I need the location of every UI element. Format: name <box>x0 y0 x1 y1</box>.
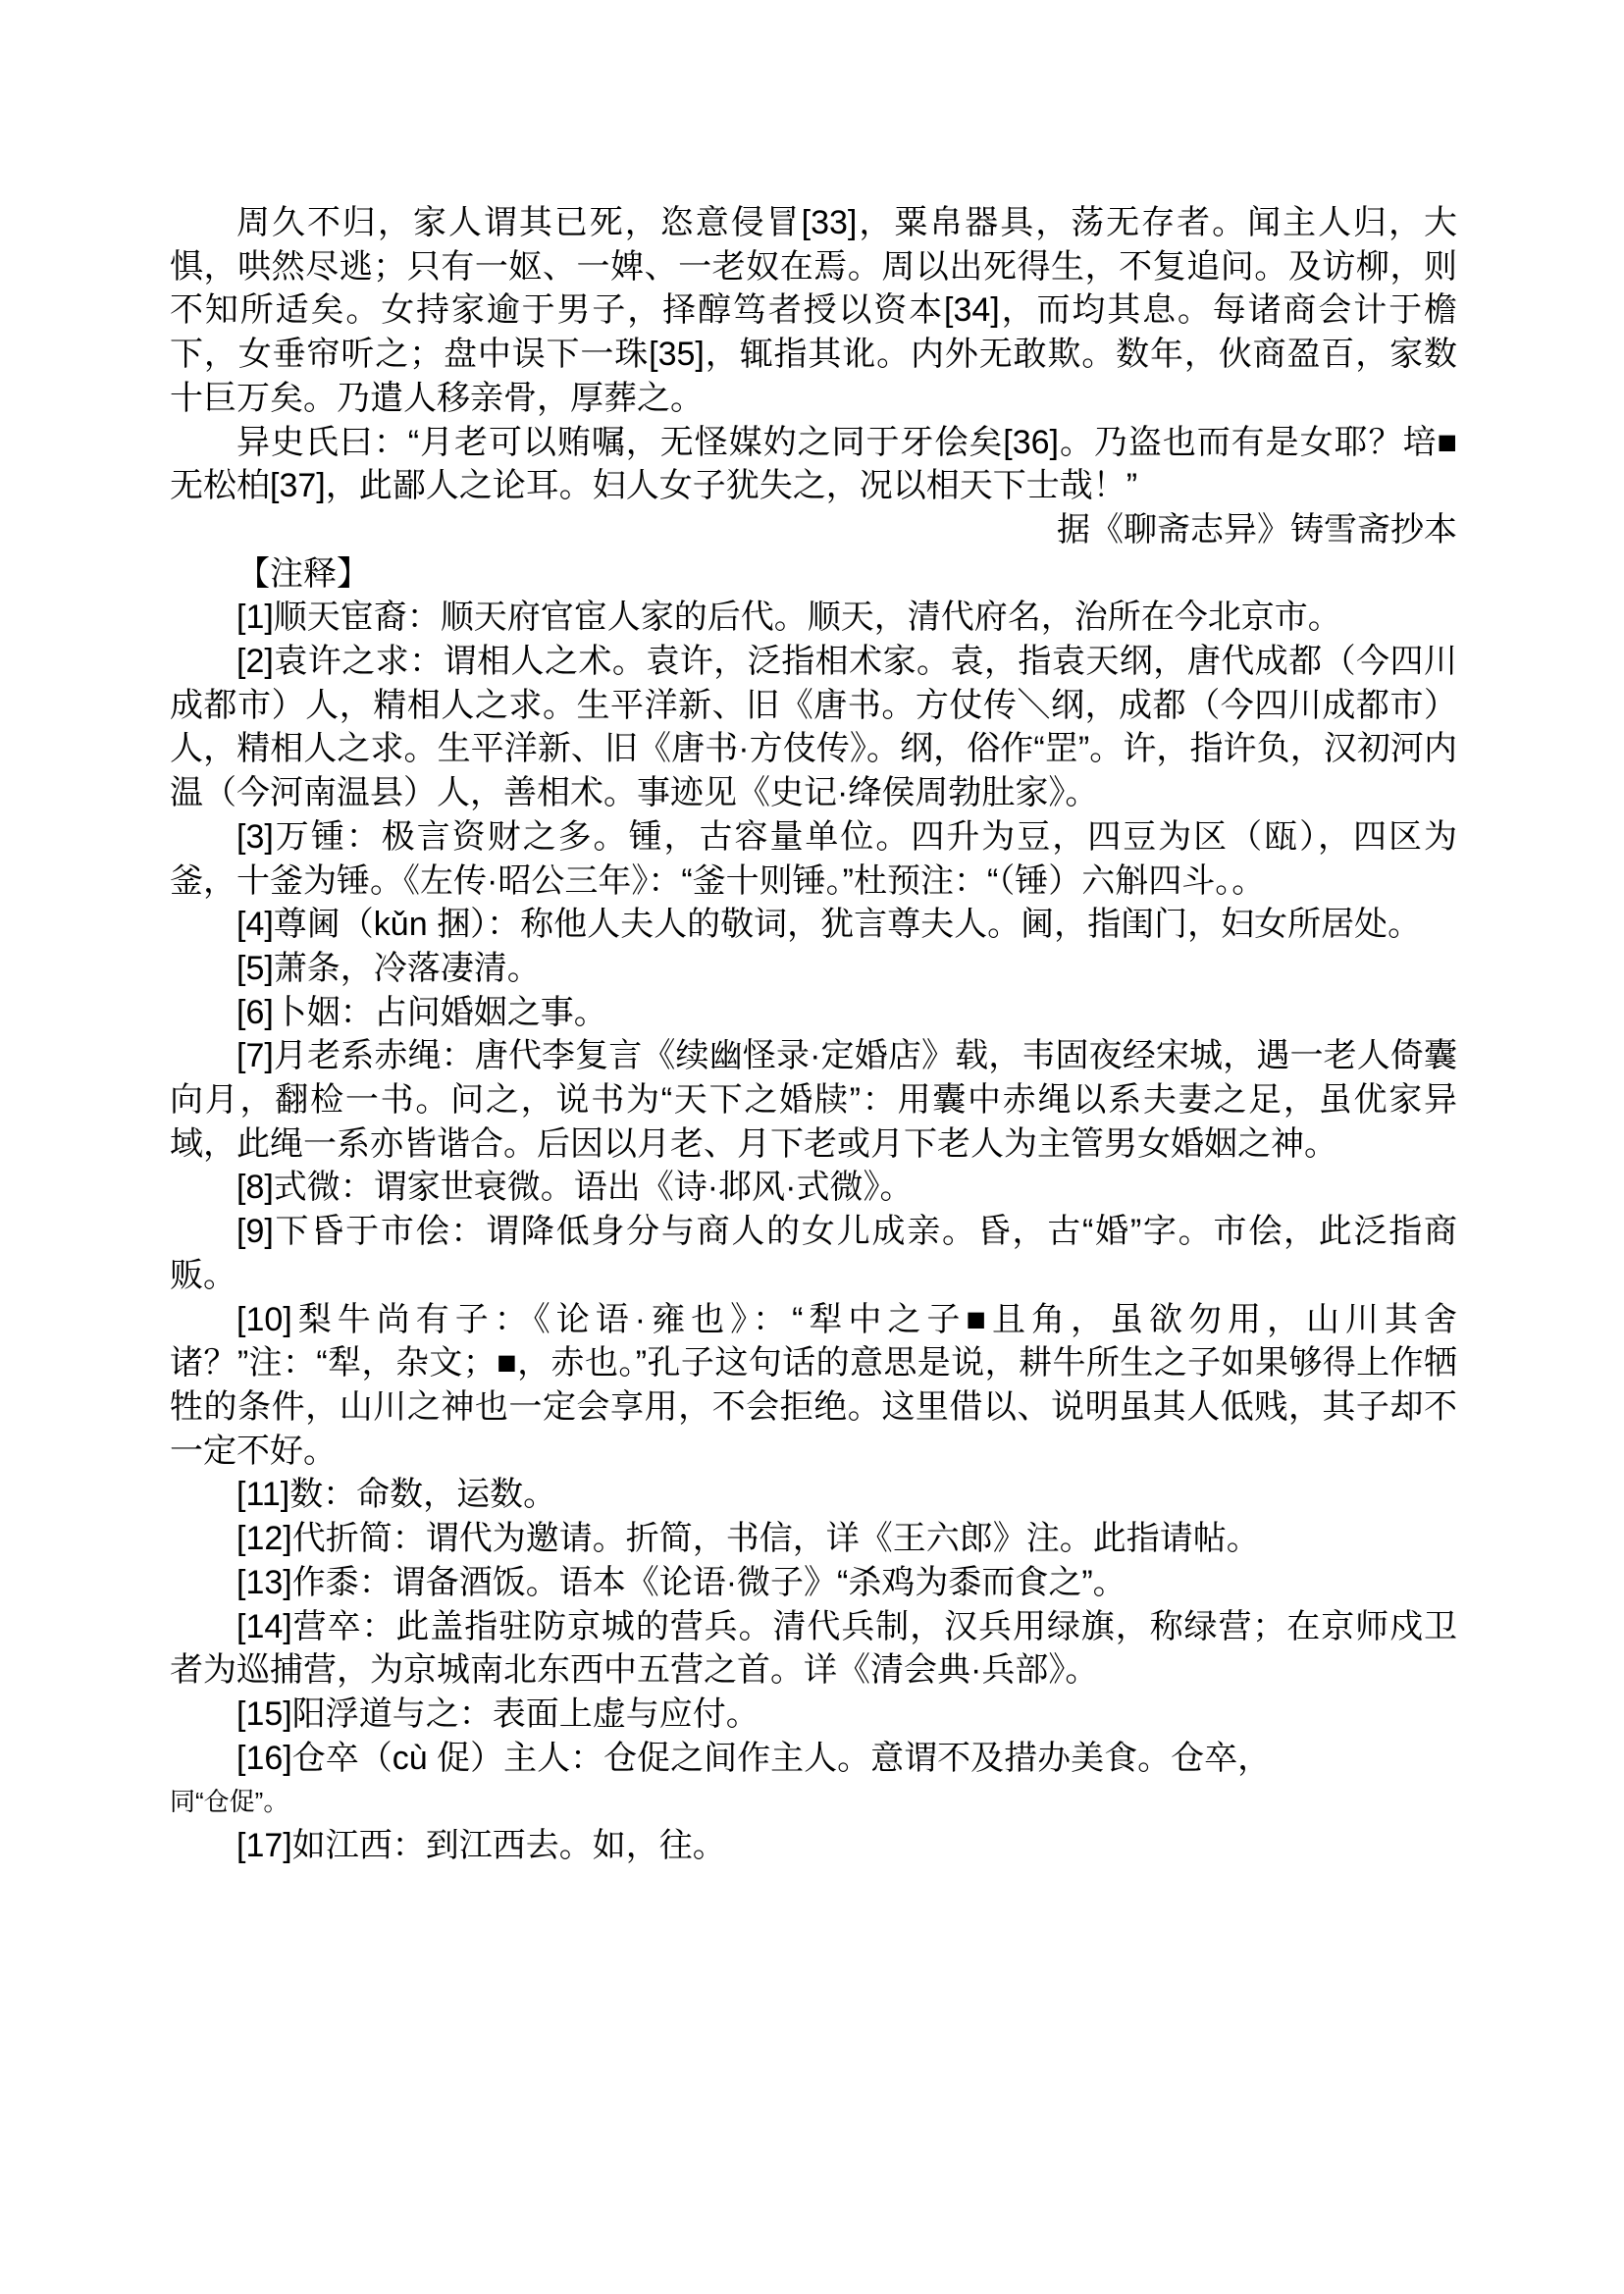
story-paragraph-2: 异史氏曰：“月老可以贿嘱，无怪媒妁之同于牙侩矣[36]。乃盗也而有是女耶？培■无… <box>170 421 1457 508</box>
note-13: [13]作黍：谓备酒饭。语本《论语·微子》“杀鸡为黍而食之”。 <box>170 1561 1457 1605</box>
note-7: [7]月老系赤绳：唐代李复言《续幽怪录·定婚店》载，韦固夜经宋城，遇一老人倚囊向… <box>170 1034 1457 1166</box>
note-3: [3]万锺：极言资财之多。锺，古容量单位。四升为豆，四豆为区（瓯），四区为釜，十… <box>170 815 1457 903</box>
story-paragraph-1: 周久不归，家人谓其已死，恣意侵冒[33]，粟帛器具，荡无存者。闻主人归，大惧，哄… <box>170 201 1457 421</box>
note-4: [4]尊阃（kǔn 捆）：称他人夫人的敬词，犹言尊夫人。阃，指闺门，妇女所居处。 <box>170 903 1457 947</box>
note-17: [17]如江西：到江西去。如，往。 <box>170 1824 1457 1868</box>
note-9: [9]下昏于市侩：谓降低身分与商人的女儿成亲。昏，古“婚”字。市侩，此泛指商贩。 <box>170 1210 1457 1297</box>
note-5: [5]萧条，冷落凄清。 <box>170 947 1457 991</box>
note-16-continuation: 同“仓促”。 <box>170 1780 1457 1824</box>
annotations-heading: 【注释】 <box>170 552 1457 597</box>
note-12: [12]代折简：谓代为邀请。折简，书信，详《王六郎》注。此指请帖。 <box>170 1517 1457 1561</box>
note-11: [11]数：命数，运数。 <box>170 1473 1457 1517</box>
document-page: 周久不归，家人谓其已死，恣意侵冒[33]，粟帛器具，荡无存者。闻主人归，大惧，哄… <box>170 201 1457 1868</box>
note-6: [6]卜姻：占问婚姻之事。 <box>170 991 1457 1035</box>
note-10: [10]梨牛尚有子：《论语·雍也》：“犁中之子■且角，虽欲勿用，山川其舍诸？”注… <box>170 1298 1457 1474</box>
note-8: [8]式微：谓家世衰微。语出《诗·邶风·式微》。 <box>170 1166 1457 1210</box>
note-15: [15]阳浮道与之：表面上虚与应付。 <box>170 1693 1457 1737</box>
source-attribution: 据《聊斋志异》铸雪斋抄本 <box>170 508 1457 552</box>
note-2: [2]袁许之求：谓相人之术。袁许，泛指相术家。袁，指袁天纲，唐代成都（今四川成都… <box>170 640 1457 815</box>
note-1: [1]顺天宦裔：顺天府官宦人家的后代。顺天，清代府名，治所在今北京市。 <box>170 596 1457 640</box>
note-14: [14]营卒：此盖指驻防京城的营兵。清代兵制，汉兵用绿旗，称绿营；在京师戍卫者为… <box>170 1605 1457 1693</box>
note-16: [16]仓卒（cù 促）主人：仓促之间作主人。意谓不及措办美食。仓卒， <box>170 1737 1457 1781</box>
